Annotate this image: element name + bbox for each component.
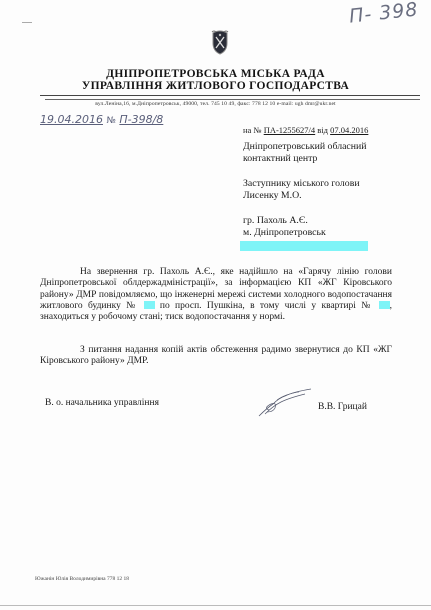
reference-prefix: на № — [243, 125, 262, 135]
reference-date-prefix: від — [317, 125, 328, 135]
signatory-position: В. о. начальника управління — [45, 398, 159, 408]
body-text: по просп. Пушкіна, в тому числі у кварти… — [155, 301, 379, 311]
reference-number: ПА-1255627/4 — [264, 125, 315, 135]
header-divider-thin — [45, 99, 420, 100]
outgoing-date-number: 19.04.2016 № П-398/8 — [40, 113, 163, 126]
outgoing-number-prefix: № — [106, 116, 115, 126]
recipient-citizen: гр. Пахоль А.Є. м. Дніпропетровськ — [243, 215, 326, 239]
signatory-name: В.В. Грицай — [318, 402, 367, 412]
reference-line: на № ПА-1255627/4 від 07.04.2016 — [243, 125, 368, 135]
header-address: вул.Леніна,16, м.Дніпропетровськ, 49000,… — [0, 101, 431, 107]
page-bottom-edge — [0, 605, 431, 606]
recipient-line: Лисенку М.О. — [243, 190, 360, 202]
body-text: З питання надання копій актів обстеження… — [40, 345, 392, 368]
redacted-address — [240, 241, 368, 251]
body-paragraph-1: На звернення гр. Пахоль А.Є., яке надійш… — [40, 267, 392, 323]
recipient-line: Заступнику міського голови — [243, 178, 360, 190]
header-divider-thick — [40, 95, 420, 96]
handwritten-signature-icon — [255, 386, 315, 418]
reference-date: 07.04.2016 — [330, 125, 368, 135]
executor-contact: Южанін Юлія Володимирівна 778 12 18 — [35, 576, 129, 582]
outgoing-date: 19.04.2016 — [40, 113, 103, 126]
recipient-line: Дніпропетровський обласний — [243, 141, 367, 153]
header-title-city-council: ДНІПРОПЕТРОВСЬКА МІСЬКА РАДА — [0, 68, 431, 80]
coat-of-arms-icon — [210, 29, 230, 55]
recipient-contact-center: Дніпропетровський обласний контактний це… — [243, 141, 367, 165]
handwritten-registration-number: П- 398 — [348, 0, 419, 28]
scan-artifact-line — [22, 22, 32, 23]
recipient-line: м. Дніпропетровськ — [243, 227, 326, 239]
redacted-building-number — [144, 301, 155, 309]
document-page: П- 398 ДНІПРОПЕТРОВСЬКА МІСЬКА РАДА УПРА… — [0, 0, 431, 610]
header-title-department: УПРАВЛІННЯ ЖИТЛОВОГО ГОСПОДАРСТВА — [0, 80, 431, 92]
recipient-line: контактний центр — [243, 153, 367, 165]
outgoing-number: П-398/8 — [119, 113, 163, 126]
recipient-deputy-mayor: Заступнику міського голови Лисенку М.О. — [243, 178, 360, 202]
recipient-line: гр. Пахоль А.Є. — [243, 215, 326, 227]
body-paragraph-2: З питання надання копій актів обстеження… — [40, 345, 392, 368]
redacted-apartment-number — [379, 301, 390, 309]
